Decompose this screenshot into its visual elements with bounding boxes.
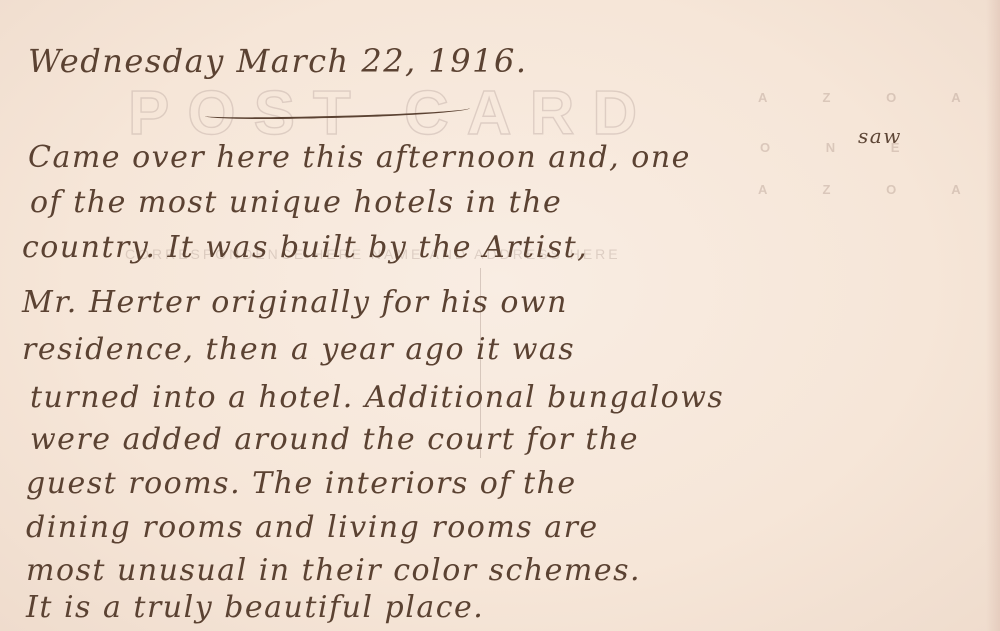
- handwritten-line-1: Came over here this afternoon and, one: [28, 140, 691, 175]
- handwritten-line-2: of the most unique hotels in the: [30, 185, 562, 220]
- handwritten-line-8: guest rooms. The interiors of the: [26, 466, 577, 501]
- handwritten-line-11: It is a truly beautiful place.: [26, 590, 484, 625]
- handwritten-date: Wednesday March 22, 1916.: [28, 42, 528, 80]
- handwritten-line-5: residence, then a year ago it was: [22, 332, 575, 367]
- handwritten-line-3: country. It was built by the Artist,: [22, 230, 588, 265]
- card-edge-shadow: [986, 0, 1000, 631]
- stamp-box-text-3: A Z O A: [758, 182, 987, 197]
- handwritten-line-7: were added around the court for the: [30, 422, 639, 457]
- handwritten-line-6: turned into a hotel. Additional bungalow…: [30, 380, 724, 415]
- handwritten-insertion-saw: saw: [858, 124, 902, 148]
- handwritten-line-10: most unusual in their color schemes.: [26, 553, 641, 588]
- stamp-box-text-1: A Z O A: [758, 90, 987, 105]
- handwritten-line-4: Mr. Herter originally for his own: [22, 285, 568, 320]
- handwritten-line-9: dining rooms and living rooms are: [26, 510, 599, 545]
